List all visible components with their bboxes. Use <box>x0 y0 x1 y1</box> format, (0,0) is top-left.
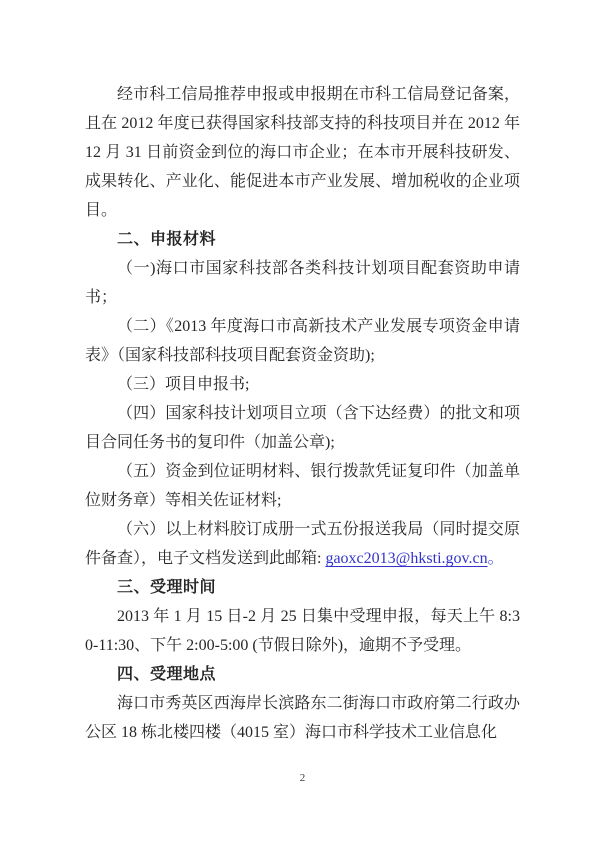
material-item-3: （三）项目申报书; <box>85 370 520 399</box>
document-body: 经市科工信局推荐申报或申报期在市科工信局登记备案，且在 2012 年度已获得国家… <box>85 80 520 747</box>
intro-paragraph: 经市科工信局推荐申报或申报期在市科工信局登记备案，且在 2012 年度已获得国家… <box>85 80 520 225</box>
material-item-4: （四）国家科技计划项目立项（含下达经费）的批文和项目合同任务书的复印件（加盖公章… <box>85 399 520 457</box>
material-item-1: （一)海口市国家科技部各类科技计划项目配套资助申请书； <box>85 254 520 312</box>
email-link[interactable]: gaoxc2013@hksti.gov.cn <box>325 550 487 567</box>
address-paragraph: 海口市秀英区西海岸长滨路东二街海口市政府第二行政办公区 18 栋北楼四楼（401… <box>85 689 520 747</box>
material-item-6-period: 。 <box>488 550 504 567</box>
material-item-6: （六）以上材料胶订成册一式五份报送我局（同时提交原件备查），电子文档发送到此邮箱… <box>85 515 520 573</box>
document-page: 经市科工信局推荐申报或申报期在市科工信局登记备案，且在 2012 年度已获得国家… <box>0 0 600 849</box>
time-paragraph: 2013 年 1 月 15 日-2 月 25 日集中受理申报，每天上午 8:30… <box>85 602 520 660</box>
material-item-2: （二）《2013 年度海口市高新技术产业发展专项资金申请表》（国家科技部科技项目… <box>85 312 520 370</box>
material-item-5: （五）资金到位证明材料、银行拨款凭证复印件（加盖单位财务章）等相关佐证材料; <box>85 457 520 515</box>
section-heading-place: 四、受理地点 <box>85 660 520 689</box>
section-heading-time: 三、受理时间 <box>85 573 520 602</box>
section-heading-materials: 二、申报材料 <box>85 225 520 254</box>
page-number: 2 <box>85 771 520 785</box>
